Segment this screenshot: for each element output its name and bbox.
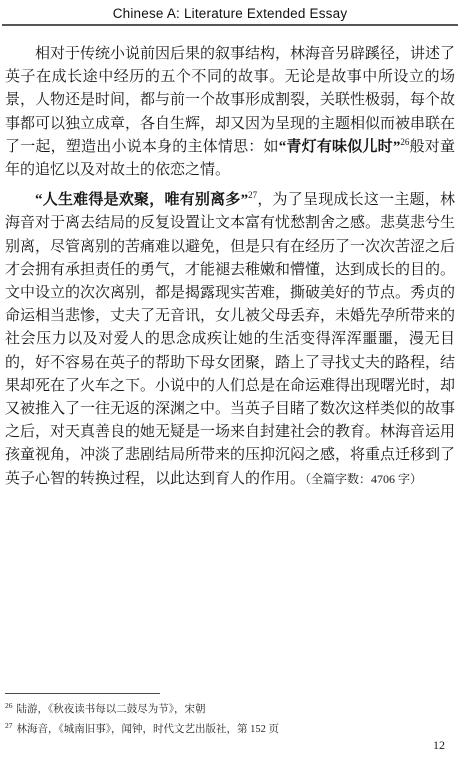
footnote-separator-rule	[5, 693, 160, 694]
paragraph-1-bold-quote: “青灯有味似儿时”	[279, 139, 401, 155]
footnotes-section: 26陆游，《秋夜读书每以二鼓尽为节》，宋朝 27林海音，《城南旧事》，闻钟，时代…	[5, 693, 455, 740]
essay-page: Chinese A: Literature Extended Essay 相对于…	[0, 0, 460, 766]
page-header: Chinese A: Literature Extended Essay	[2, 0, 458, 26]
word-count-note: （全篇字数：4706 字）	[305, 472, 422, 486]
paragraph-2: “人生难得是欢聚，唯有别离多”27，为了呈现成长这一主题，林海音对于离去结局的反…	[5, 189, 455, 491]
paragraph-2-bold-quote: “人生难得是欢聚，唯有别离多”	[35, 192, 248, 208]
page-number: 12	[433, 738, 445, 753]
footnote-26-text: 陆游，《秋夜读书每以二鼓尽为节》，宋朝	[17, 704, 206, 715]
footnote-ref-27: 27	[248, 190, 257, 200]
footnote-27: 27林海音，《城南旧事》，闻钟，时代文艺出版社，第 152 页	[5, 720, 455, 740]
paragraph-1: 相对于传统小说前因后果的叙事结构，林海音另辟蹊径，讲述了英子在成长途中经历的五个…	[5, 43, 455, 182]
footnote-26: 26陆游，《秋夜读书每以二鼓尽为节》，宋朝	[5, 700, 455, 720]
footnote-ref-26: 26	[400, 137, 409, 147]
header-title: Chinese A: Literature Extended Essay	[2, 6, 458, 21]
footnote-27-number: 27	[5, 721, 13, 730]
footnote-27-text: 林海音，《城南旧事》，闻钟，时代文艺出版社，第 152 页	[17, 724, 280, 735]
paragraph-2-body-text: ，为了呈现成长这一主题，林海音对于离去结局的反复设置让文本富有忧愁割舍之感。悲莫…	[5, 192, 455, 486]
essay-body: 相对于传统小说前因后果的叙事结构，林海音另辟蹊径，讲述了英子在成长途中经历的五个…	[5, 43, 455, 491]
footnote-26-number: 26	[5, 701, 13, 710]
